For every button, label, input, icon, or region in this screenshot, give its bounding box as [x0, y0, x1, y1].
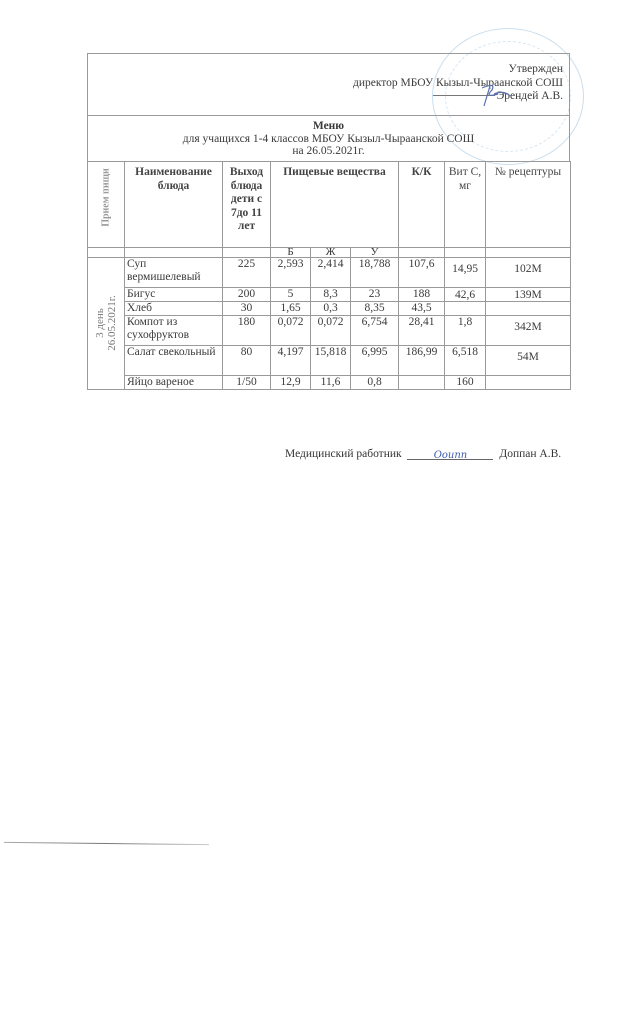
- cell-vitc: 1,8: [445, 316, 486, 346]
- cell-u: 6,995: [351, 346, 399, 376]
- cell-u: 6,754: [351, 316, 399, 346]
- cell-kcal: 28,41: [399, 316, 445, 346]
- table-row: 3 день26.05.2021г.Суп вермишелевый2252,5…: [88, 258, 571, 288]
- cell-vitc: [445, 302, 486, 316]
- header-row: Прием пищи Наименование блюда Выход блюд…: [88, 162, 571, 248]
- cell-vitc: 42,6: [445, 288, 486, 302]
- cell-b: 2,593: [271, 258, 311, 288]
- cell-zh: 11,6: [311, 376, 351, 390]
- cell-u: 18,788: [351, 258, 399, 288]
- signature-line: Ооипп: [407, 447, 493, 460]
- cell-kcal: [399, 376, 445, 390]
- header-nutrients: Пищевые вещества: [271, 162, 399, 248]
- medical-signature: Ооипп: [434, 450, 468, 461]
- menu-table: Прием пищи Наименование блюда Выход блюд…: [87, 161, 571, 390]
- cell-recipe: 54М: [486, 346, 571, 376]
- header-kcal: К/К: [399, 162, 445, 248]
- cell-dish: Компот из сухофруктов: [125, 316, 223, 346]
- cell-recipe: 342М: [486, 316, 571, 346]
- signature-line: [433, 95, 495, 96]
- cell-u: 8,35: [351, 302, 399, 316]
- cell-b: 12,9: [271, 376, 311, 390]
- cell-zh: 15,818: [311, 346, 351, 376]
- cell-recipe: [486, 302, 571, 316]
- cell-vitc: 6,518: [445, 346, 486, 376]
- cell-zh: 2,414: [311, 258, 351, 288]
- medical-worker-signature: Медицинский работник Ооипп Доппан А.В.: [285, 448, 561, 461]
- cell-vitc: 160: [445, 376, 486, 390]
- cell-dish: Суп вермишелевый: [125, 258, 223, 288]
- cell-yield: 80: [223, 346, 271, 376]
- table-row: Яйцо вареное1/5012,911,60,8160: [88, 376, 571, 390]
- menu-subtitle: для учащихся 1-4 классов МБОУ Кызыл-Чыра…: [88, 133, 569, 146]
- menu-date: на 26.05.2021г.: [88, 145, 569, 158]
- cell-dish: Хлеб: [125, 302, 223, 316]
- cell-yield: 200: [223, 288, 271, 302]
- approval-block: Утвержден директор МБОУ Кызыл-Чыраанской…: [87, 53, 570, 115]
- subheader-u: У: [351, 248, 399, 258]
- cell-vitc: 14,95: [445, 258, 486, 288]
- cell-zh: 0,3: [311, 302, 351, 316]
- subheader-b: Б: [271, 248, 311, 258]
- header-yield: Выход блюда дети с 7до 11 лет: [223, 162, 271, 248]
- cell-yield: 1/50: [223, 376, 271, 390]
- cell-b: 4,197: [271, 346, 311, 376]
- day-label: 3 день: [94, 273, 106, 373]
- menu-title: Меню: [88, 120, 569, 133]
- cell-u: 0,8: [351, 376, 399, 390]
- approval-signature-line: Эрендей А.В.: [88, 90, 563, 104]
- menu-document: Утвержден директор МБОУ Кызыл-Чыраанской…: [87, 53, 570, 390]
- medical-worker-role: Медицинский работник: [285, 448, 402, 460]
- table-row: Хлеб301,650,38,3543,5: [88, 302, 571, 316]
- day-date: 26.05.2021г.: [106, 273, 118, 373]
- meal-day-cell: 3 день26.05.2021г.: [88, 258, 125, 390]
- approval-title: Утвержден: [88, 63, 563, 77]
- cell-yield: 30: [223, 302, 271, 316]
- cell-kcal: 43,5: [399, 302, 445, 316]
- cell-zh: 8,3: [311, 288, 351, 302]
- cell-b: 0,072: [271, 316, 311, 346]
- subheader-zh: Ж: [311, 248, 351, 258]
- table-row: Бигус20058,32318842,6139М: [88, 288, 571, 302]
- cell-dish: Салат свекольный: [125, 346, 223, 376]
- table-row: Компот из сухофруктов1800,0720,0726,7542…: [88, 316, 571, 346]
- cell-yield: 180: [223, 316, 271, 346]
- subheader-row: Б Ж У: [88, 248, 571, 258]
- table-row: Салат свекольный804,19715,8186,995186,99…: [88, 346, 571, 376]
- cell-recipe: [486, 376, 571, 390]
- cell-zh: 0,072: [311, 316, 351, 346]
- cell-yield: 225: [223, 258, 271, 288]
- menu-title-block: Меню для учащихся 1-4 классов МБОУ Кызыл…: [87, 115, 570, 161]
- cell-kcal: 186,99: [399, 346, 445, 376]
- medical-worker-name: Доппан А.В.: [499, 448, 561, 460]
- cell-dish: Бигус: [125, 288, 223, 302]
- cell-b: 1,65: [271, 302, 311, 316]
- header-meal: Прием пищи: [88, 162, 125, 248]
- header-dish: Наименование блюда: [125, 162, 223, 248]
- cell-dish: Яйцо вареное: [125, 376, 223, 390]
- cell-u: 23: [351, 288, 399, 302]
- header-vitc: Вит С, мг: [445, 162, 486, 248]
- approval-position: директор МБОУ Кызыл-Чыраанской СОШ: [88, 77, 563, 91]
- cell-b: 5: [271, 288, 311, 302]
- header-recipe: № рецептуры: [486, 162, 571, 248]
- scan-artifact-line: [4, 842, 209, 845]
- cell-kcal: 188: [399, 288, 445, 302]
- cell-recipe: 139М: [486, 288, 571, 302]
- cell-kcal: 107,6: [399, 258, 445, 288]
- cell-recipe: 102М: [486, 258, 571, 288]
- approval-signatory: Эрендей А.В.: [497, 90, 563, 102]
